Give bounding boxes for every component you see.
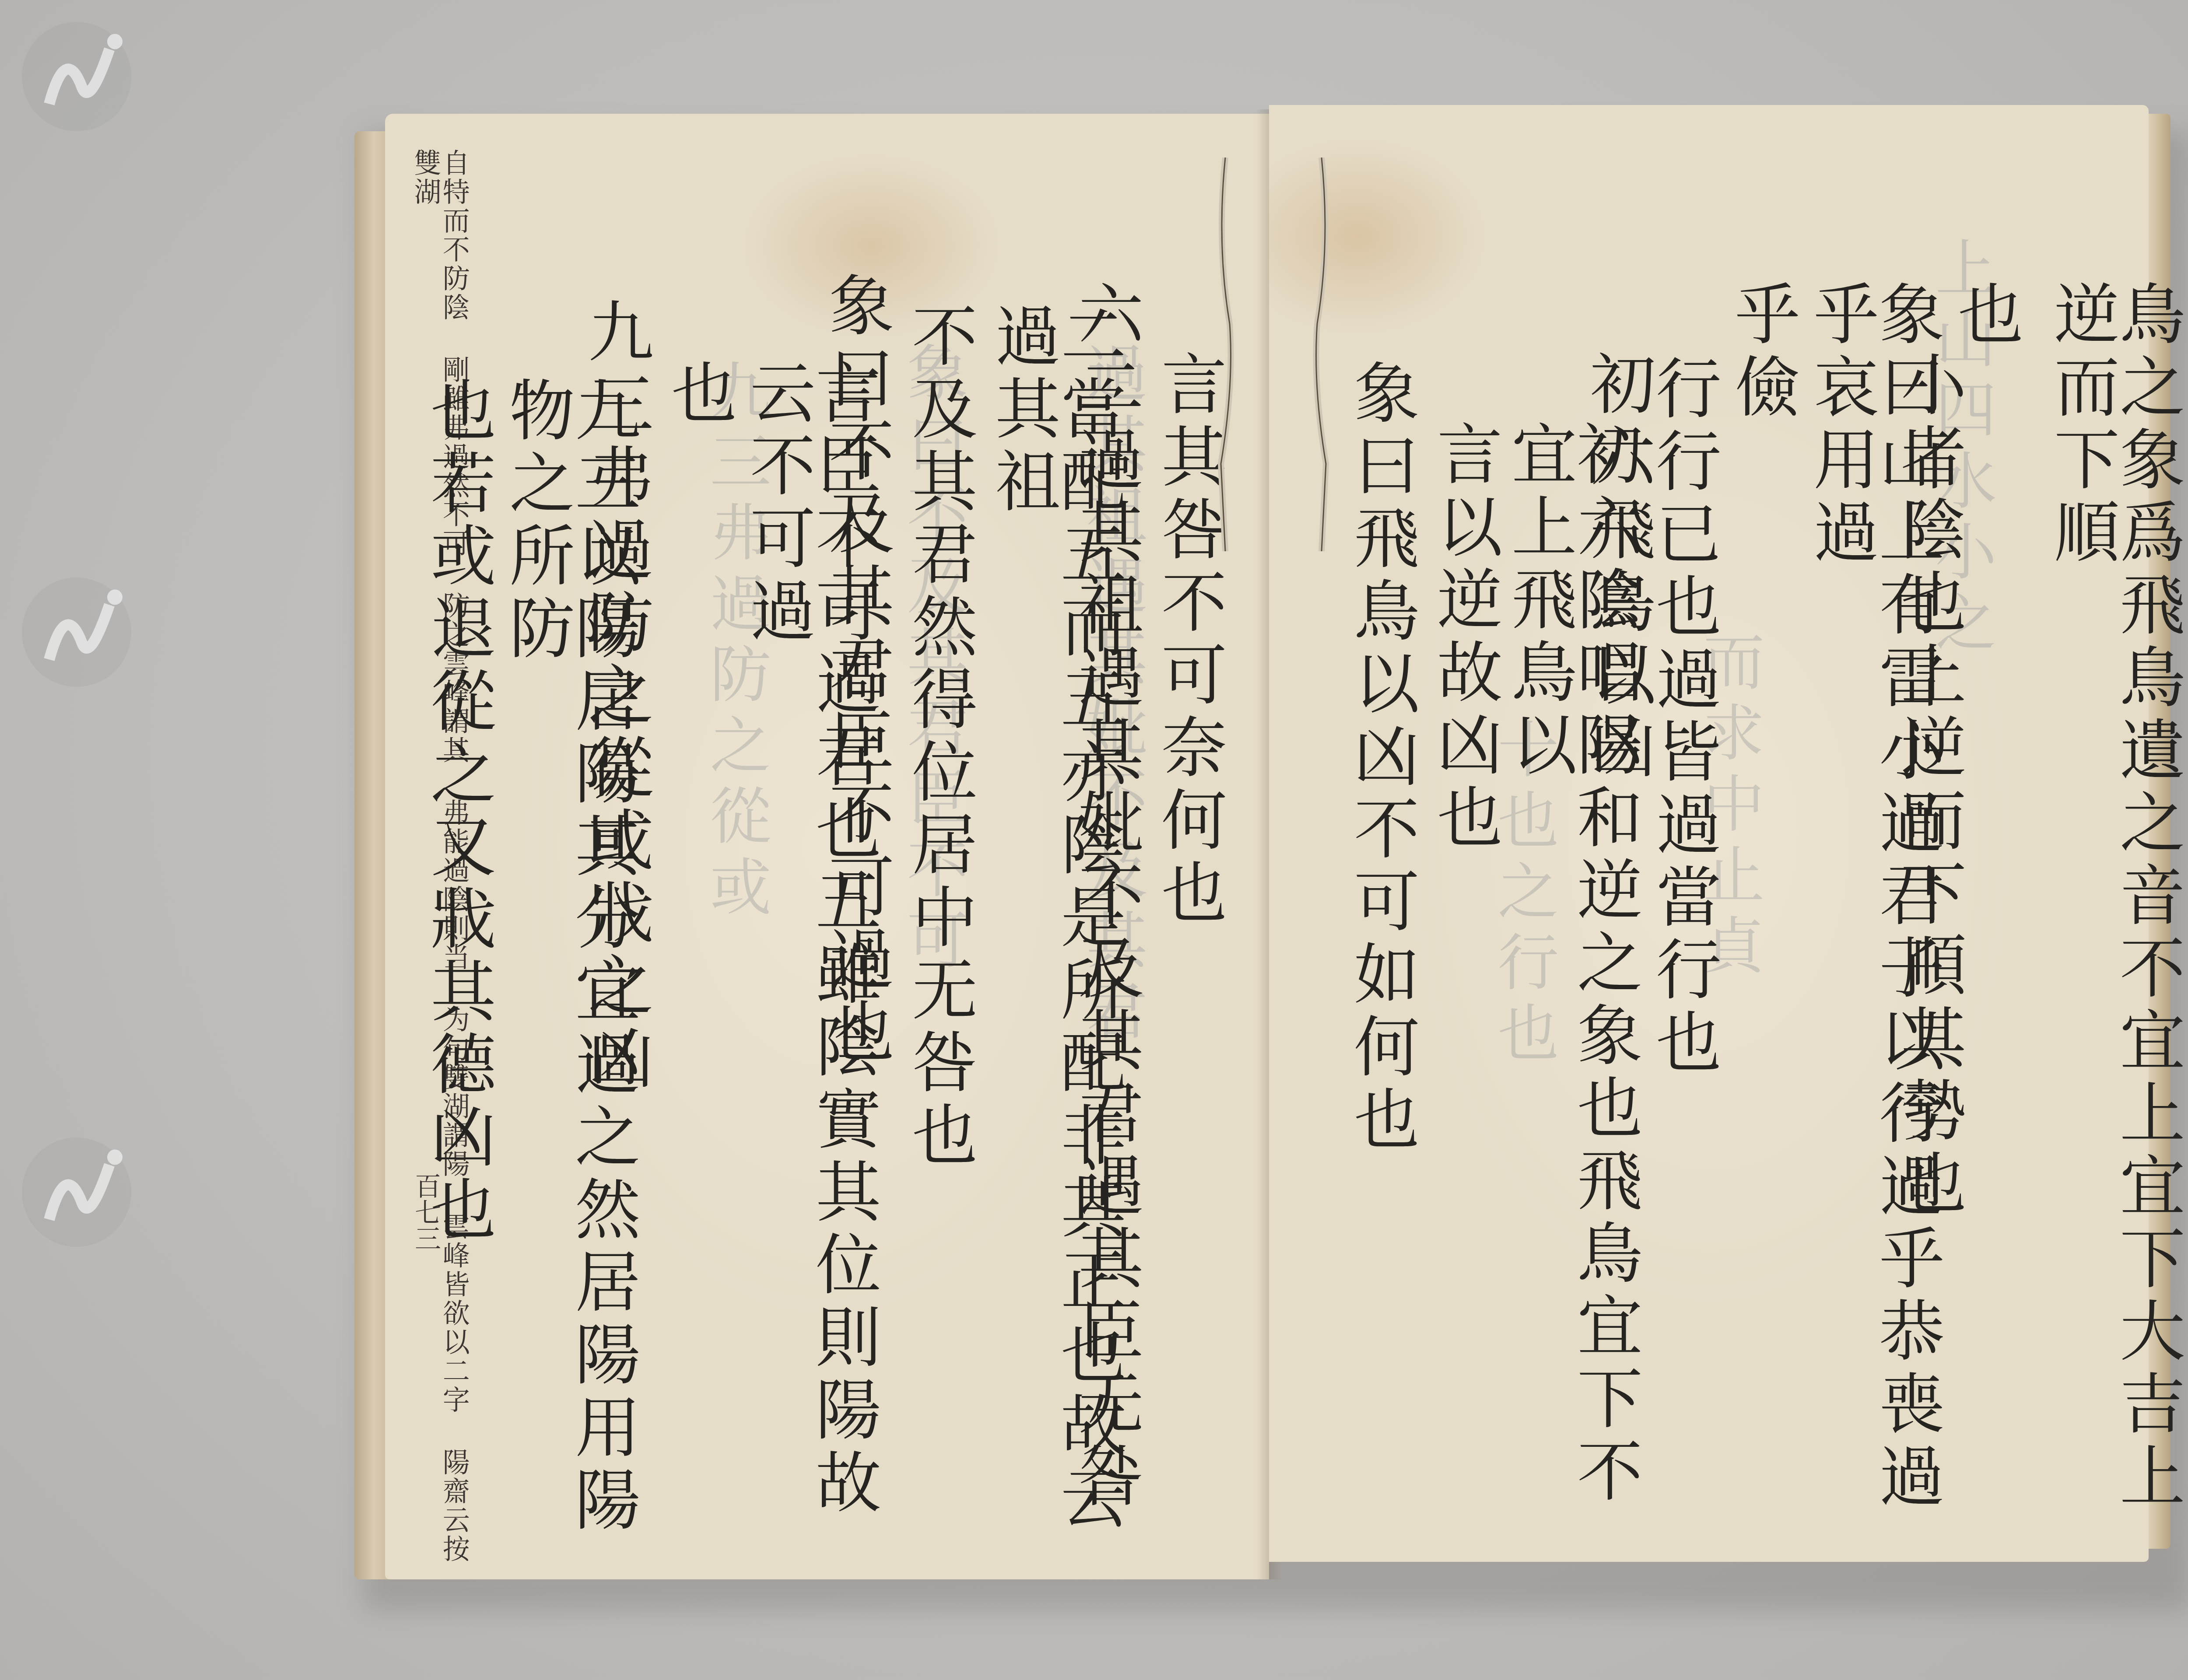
- text-column: 乎儉: [1729, 280, 1794, 425]
- text-column: 象曰飛鳥以凶不可如何也: [1348, 359, 1413, 1158]
- text-column: 也: [665, 359, 731, 431]
- paper-tear-icon: [1212, 157, 1238, 551]
- text-column: 行行已也過皆過當行也: [1650, 354, 1715, 1081]
- open-book: 過其祖遇其妣不及其君 象曰不及其君臣不可 九三弗過防之從或 自特而不防陰 剛雖弗…: [354, 105, 2170, 1588]
- watermark-logo-icon: [22, 577, 131, 687]
- text-column: 也: [1952, 280, 2017, 353]
- text-column: 二當配五而五亦陰是所配非其正也故云過其祖: [989, 302, 1120, 1579]
- left-page: 過其祖遇其妣不及其君 象曰不及其君臣不可 九三弗過防之從或 自特而不防陰 剛雖弗…: [385, 114, 1269, 1579]
- text-column: 言以逆故凶也: [1431, 420, 1497, 856]
- text-column: 九三以陽居陽其分宜過之然居陽用陽物之所防: [503, 376, 635, 1579]
- text-column: 不及其君然得位居中无咎也: [906, 302, 971, 1173]
- text-column: 象曰山上有雷小過君子以行過乎恭喪過乎哀用過: [1807, 280, 1939, 1562]
- margin-note-line: 自特而不防陰: [438, 149, 470, 322]
- watermark-logo-icon: [22, 1137, 131, 1247]
- right-page: 上山四水小之 而求中止貞 十也之行也 鳥之象爲飛鳥遺之音不宜上宜下大吉上逆而下順…: [1269, 105, 2149, 1562]
- page-number: 百七三: [407, 1172, 445, 1251]
- text-column: 鳥之象爲飛鳥遺之音不宜上宜下大吉上逆而下順: [2048, 280, 2179, 1562]
- text-column: 也若或退從之又戕其德凶也: [424, 376, 490, 1248]
- text-column: 言臣不可過君也五雖陰實其位則陽故云不可過: [744, 359, 875, 1579]
- text-column: 言其咎不可奈何也: [1155, 350, 1221, 931]
- paper-tear-icon: [1308, 157, 1335, 551]
- text-column: 初六陰唱陽和逆之象也飛鳥宜下不宜上飛鳥以: [1505, 420, 1637, 1562]
- watermark-logo-icon: [22, 22, 131, 131]
